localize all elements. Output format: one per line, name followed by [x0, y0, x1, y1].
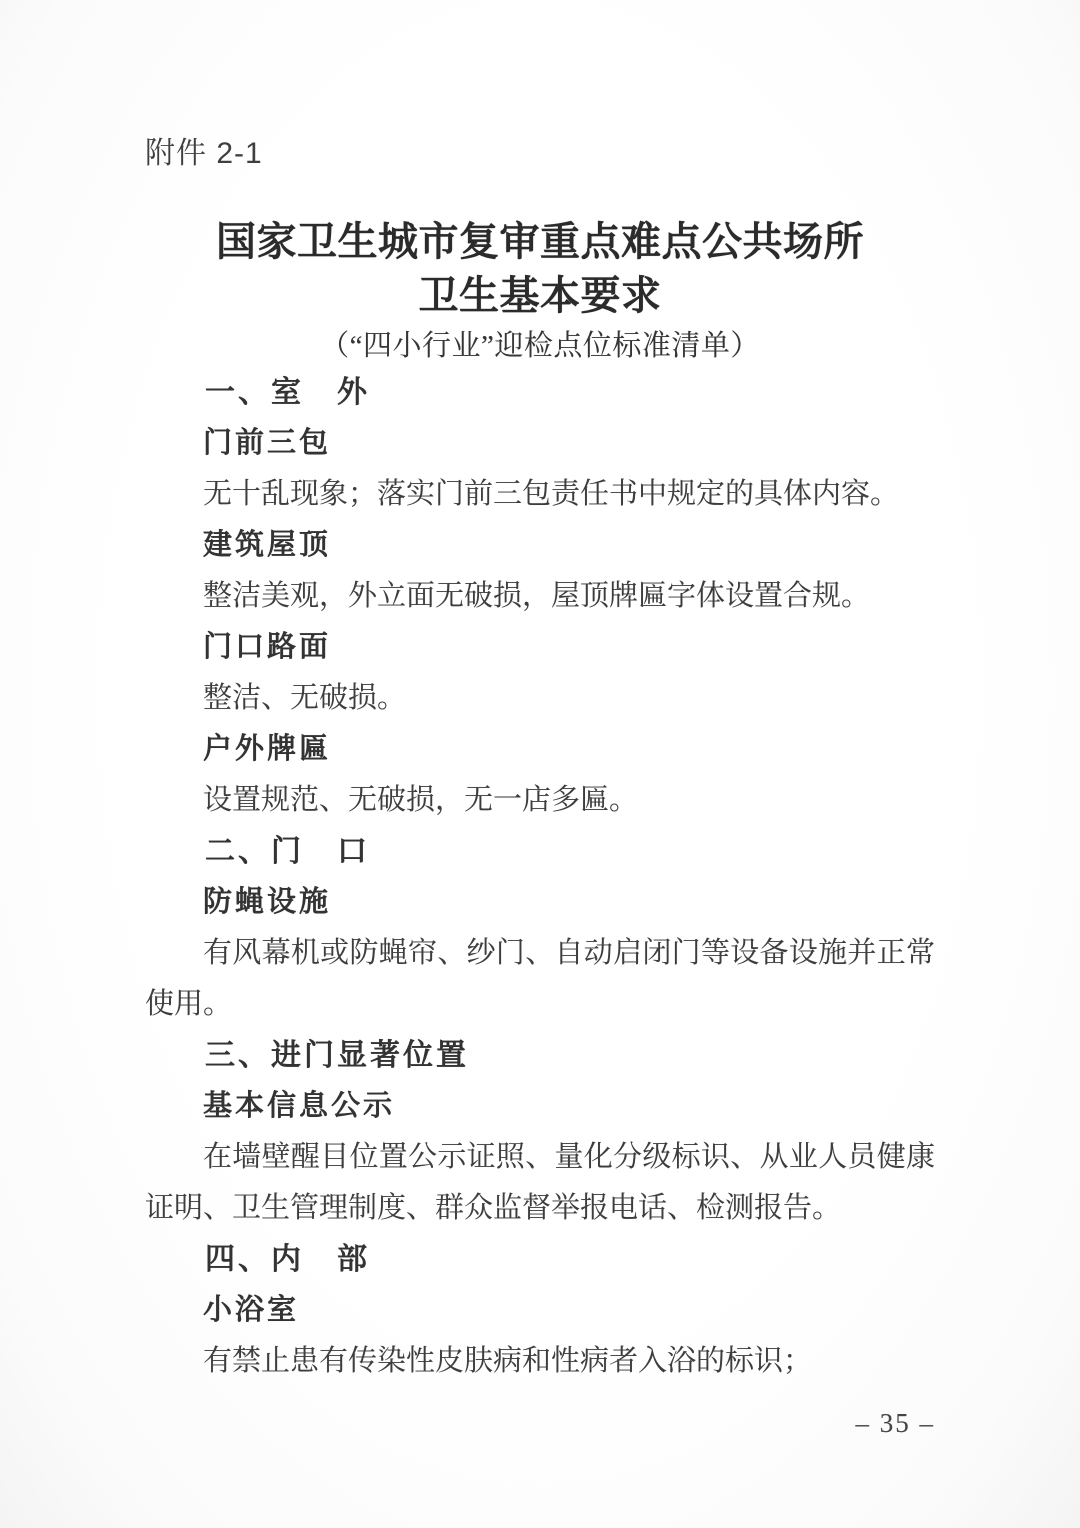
body-paragraph: 设置规范、无破损，无一店多匾。 — [145, 775, 935, 826]
scanned-document: { "page": { "attachment_label": "附件 2-1"… — [0, 0, 1080, 1528]
sub-heading: 门前三包 — [145, 418, 935, 469]
sub-heading: 防蝇设施 — [145, 877, 935, 928]
body-paragraph: 有风幕机或防蝇帘、纱门、自动启闭门等设备设施并正常使用。 — [145, 928, 935, 1030]
sub-heading: 基本信息公示 — [145, 1081, 935, 1132]
body-paragraph: 整洁、无破损。 — [145, 673, 935, 724]
sub-heading: 小浴室 — [145, 1285, 935, 1336]
body-paragraph: 有禁止患有传染性皮肤病和性病者入浴的标识； — [145, 1336, 935, 1387]
sub-heading: 门口路面 — [145, 622, 935, 673]
document-title: 国家卫生城市复审重点难点公共场所 卫生基本要求 — [145, 215, 935, 323]
title-line-1: 国家卫生城市复审重点难点公共场所 — [145, 215, 935, 269]
section-heading: 三、进门显著位置 — [145, 1030, 935, 1081]
section-heading: 四、内 部 — [145, 1234, 935, 1285]
document-body: 一、室 外门前三包无十乱现象；落实门前三包责任书中规定的具体内容。建筑屋顶整洁美… — [145, 367, 935, 1387]
attachment-label: 附件 2-1 — [145, 137, 935, 171]
title-line-2: 卫生基本要求 — [145, 269, 935, 323]
body-paragraph: 在墙壁醒目位置公示证照、量化分级标识、从业人员健康证明、卫生管理制度、群众监督举… — [145, 1132, 935, 1234]
sub-heading: 建筑屋顶 — [145, 520, 935, 571]
document-page: 附件 2-1 国家卫生城市复审重点难点公共场所 卫生基本要求 （“四小行业”迎检… — [145, 0, 935, 1528]
body-paragraph: 整洁美观，外立面无破损，屋顶牌匾字体设置合规。 — [145, 571, 935, 622]
sub-heading: 户外牌匾 — [145, 724, 935, 775]
document-subtitle: （“四小行业”迎检点位标准清单） — [145, 325, 935, 367]
page-number: – 35 – — [145, 1408, 935, 1439]
body-paragraph: 无十乱现象；落实门前三包责任书中规定的具体内容。 — [145, 469, 935, 520]
section-heading: 一、室 外 — [145, 367, 935, 418]
section-heading: 二、门 口 — [145, 826, 935, 877]
